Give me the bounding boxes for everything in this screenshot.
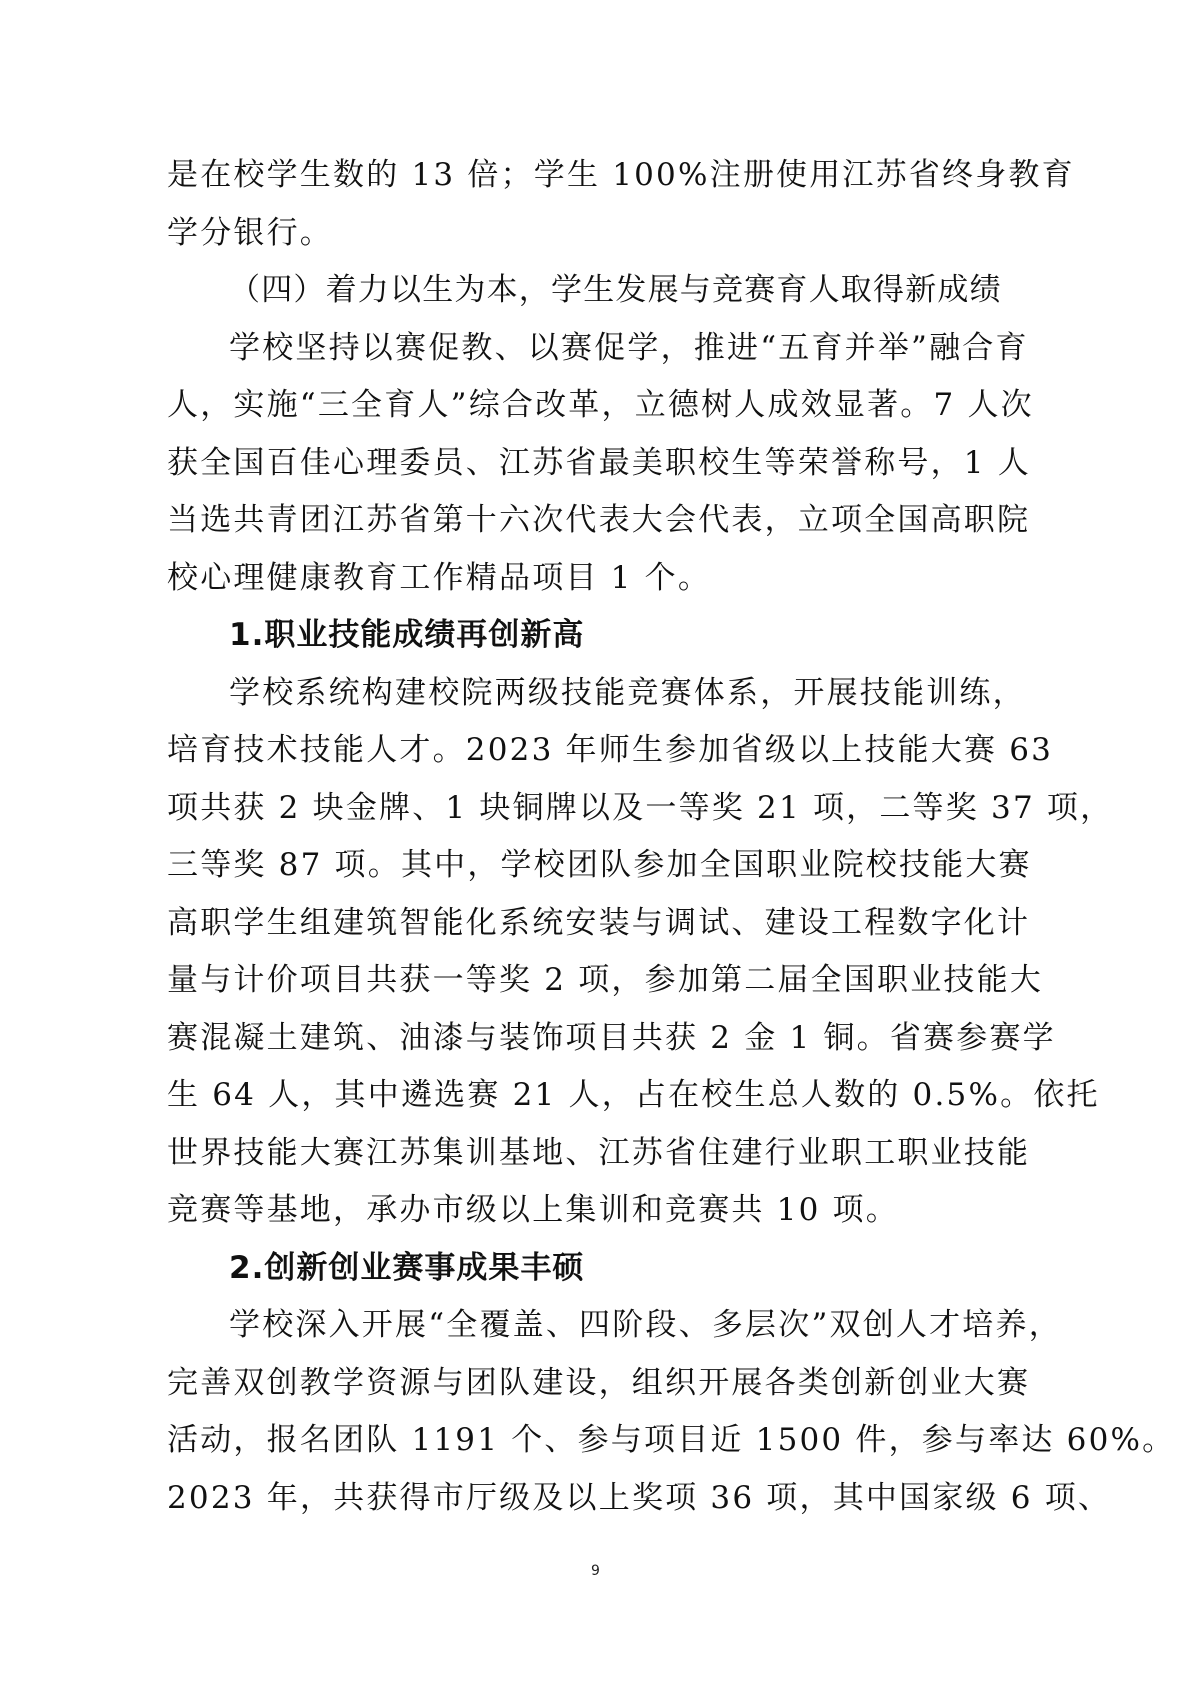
subsection-heading: 2.创新创业赛事成果丰硕	[167, 1240, 1017, 1298]
paragraph-line: 校心理健康教育工作精品项目 1 个。	[167, 550, 1017, 608]
document-page: 是在校学生数的 13 倍；学生 100%注册使用江苏省终身教育 学分银行。 （四…	[0, 0, 1191, 1684]
paragraph-line: 人，实施“三全育人”综合改革，立德树人成效显著。7 人次	[167, 377, 1017, 435]
subsection-heading: 1.职业技能成绩再创新高	[167, 607, 1017, 665]
paragraph-line: 学校深入开展“全覆盖、四阶段、多层次”双创人才培养，	[167, 1297, 1017, 1355]
paragraph-line: 是在校学生数的 13 倍；学生 100%注册使用江苏省终身教育	[167, 147, 1017, 205]
paragraph-line: 获全国百佳心理委员、江苏省最美职校生等荣誉称号，1 人	[167, 435, 1017, 493]
paragraph-line: 学分银行。	[167, 205, 1017, 263]
paragraph-line: 活动，报名团队 1191 个、参与项目近 1500 件，参与率达 60%。	[167, 1412, 1017, 1470]
paragraph-line: 培育技术技能人才。2023 年师生参加省级以上技能大赛 63	[167, 722, 1017, 780]
paragraph-line: 高职学生组建筑智能化系统安装与调试、建设工程数字化计	[167, 895, 1017, 953]
document-body: 是在校学生数的 13 倍；学生 100%注册使用江苏省终身教育 学分银行。 （四…	[167, 147, 1017, 1527]
paragraph-line: 2023 年，共获得市厅级及以上奖项 36 项，其中国家级 6 项、	[167, 1470, 1017, 1528]
paragraph-line: 竞赛等基地，承办市级以上集训和竞赛共 10 项。	[167, 1182, 1017, 1240]
page-number: 9	[0, 1563, 1191, 1579]
paragraph-line: 赛混凝土建筑、油漆与装饰项目共获 2 金 1 铜。省赛参赛学	[167, 1010, 1017, 1068]
paragraph-line: 量与计价项目共获一等奖 2 项，参加第二届全国职业技能大	[167, 952, 1017, 1010]
paragraph-line: 项共获 2 块金牌、1 块铜牌以及一等奖 21 项，二等奖 37 项，	[167, 780, 1017, 838]
paragraph-line: 生 64 人，其中遴选赛 21 人，占在校生总人数的 0.5%。依托	[167, 1067, 1017, 1125]
paragraph-line: 当选共青团江苏省第十六次代表大会代表，立项全国高职院	[167, 492, 1017, 550]
paragraph-line: 完善双创教学资源与团队建设，组织开展各类创新创业大赛	[167, 1355, 1017, 1413]
paragraph-line: 学校坚持以赛促教、以赛促学，推进“五育并举”融合育	[167, 320, 1017, 378]
section-heading: （四）着力以生为本，学生发展与竞赛育人取得新成绩	[167, 262, 1017, 320]
paragraph-line: 三等奖 87 项。其中，学校团队参加全国职业院校技能大赛	[167, 837, 1017, 895]
paragraph-line: 世界技能大赛江苏集训基地、江苏省住建行业职工职业技能	[167, 1125, 1017, 1183]
paragraph-line: 学校系统构建校院两级技能竞赛体系，开展技能训练，	[167, 665, 1017, 723]
